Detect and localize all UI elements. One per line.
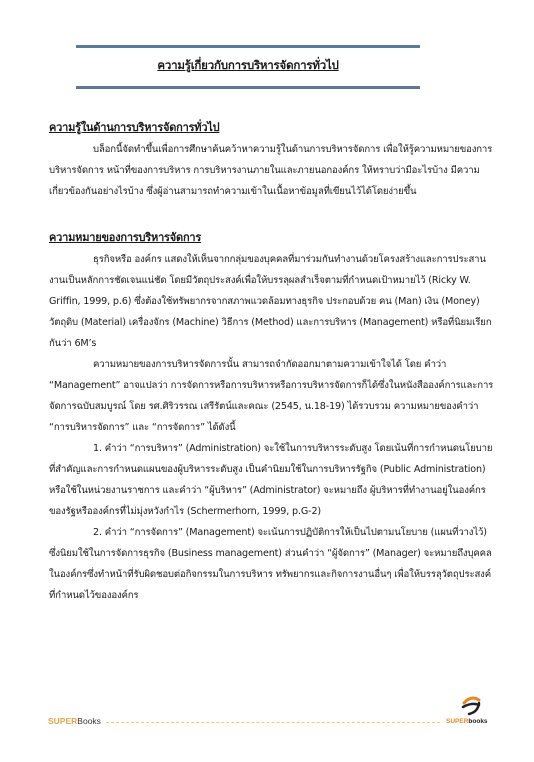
- footer-brand-books: Books: [77, 716, 101, 726]
- section-spacer: [49, 202, 497, 228]
- title-top-rule: [76, 45, 420, 48]
- title-block: ความรู้เกี่ยวกับการบริหารจัดการทั่วไป: [76, 45, 420, 89]
- section-heading: ความหมายของการบริหารจัดการ: [49, 228, 497, 246]
- footer-dashed-rule: [106, 722, 440, 723]
- paragraph: ความหมายของการบริหารจัดการนั้น สามารถจำก…: [49, 354, 497, 438]
- paragraph-numbered-2: 2. คำว่า “การจัดการ” (Management) จะเน้น…: [49, 522, 497, 606]
- logo-wordmark: SUPERbooks: [446, 718, 488, 725]
- paragraph: ธุรกิจหรือ องค์กร แสดงให้เห็นจากกลุ่มของ…: [49, 249, 497, 354]
- superbooks-logo: SUPERbooks: [446, 694, 494, 732]
- document-body: ความรู้ในด้านการบริหารจัดการทั่วไป บล็อก…: [49, 118, 497, 606]
- page-footer: SUPERBooks SUPERbooks: [48, 716, 498, 736]
- swirl-logo-icon: [460, 694, 482, 716]
- section-heading: ความรู้ในด้านการบริหารจัดการทั่วไป: [49, 118, 497, 136]
- section-general-knowledge: ความรู้ในด้านการบริหารจัดการทั่วไป บล็อก…: [49, 118, 497, 202]
- page-title: ความรู้เกี่ยวกับการบริหารจัดการทั่วไป: [76, 57, 420, 75]
- title-bottom-rule: [76, 86, 420, 89]
- footer-brand: SUPERBooks: [48, 716, 101, 726]
- section-management-meaning: ความหมายของการบริหารจัดการ ธุรกิจหรือ อง…: [49, 228, 497, 606]
- footer-brand-super: SUPER: [48, 716, 77, 726]
- paragraph: บล็อกนี้จัดทำขึ้นเพื่อการศึกษาค้นคว้าหาค…: [49, 139, 497, 202]
- paragraph-numbered-1: 1. คำว่า “การบริหาร” (Administration) จะ…: [49, 438, 497, 522]
